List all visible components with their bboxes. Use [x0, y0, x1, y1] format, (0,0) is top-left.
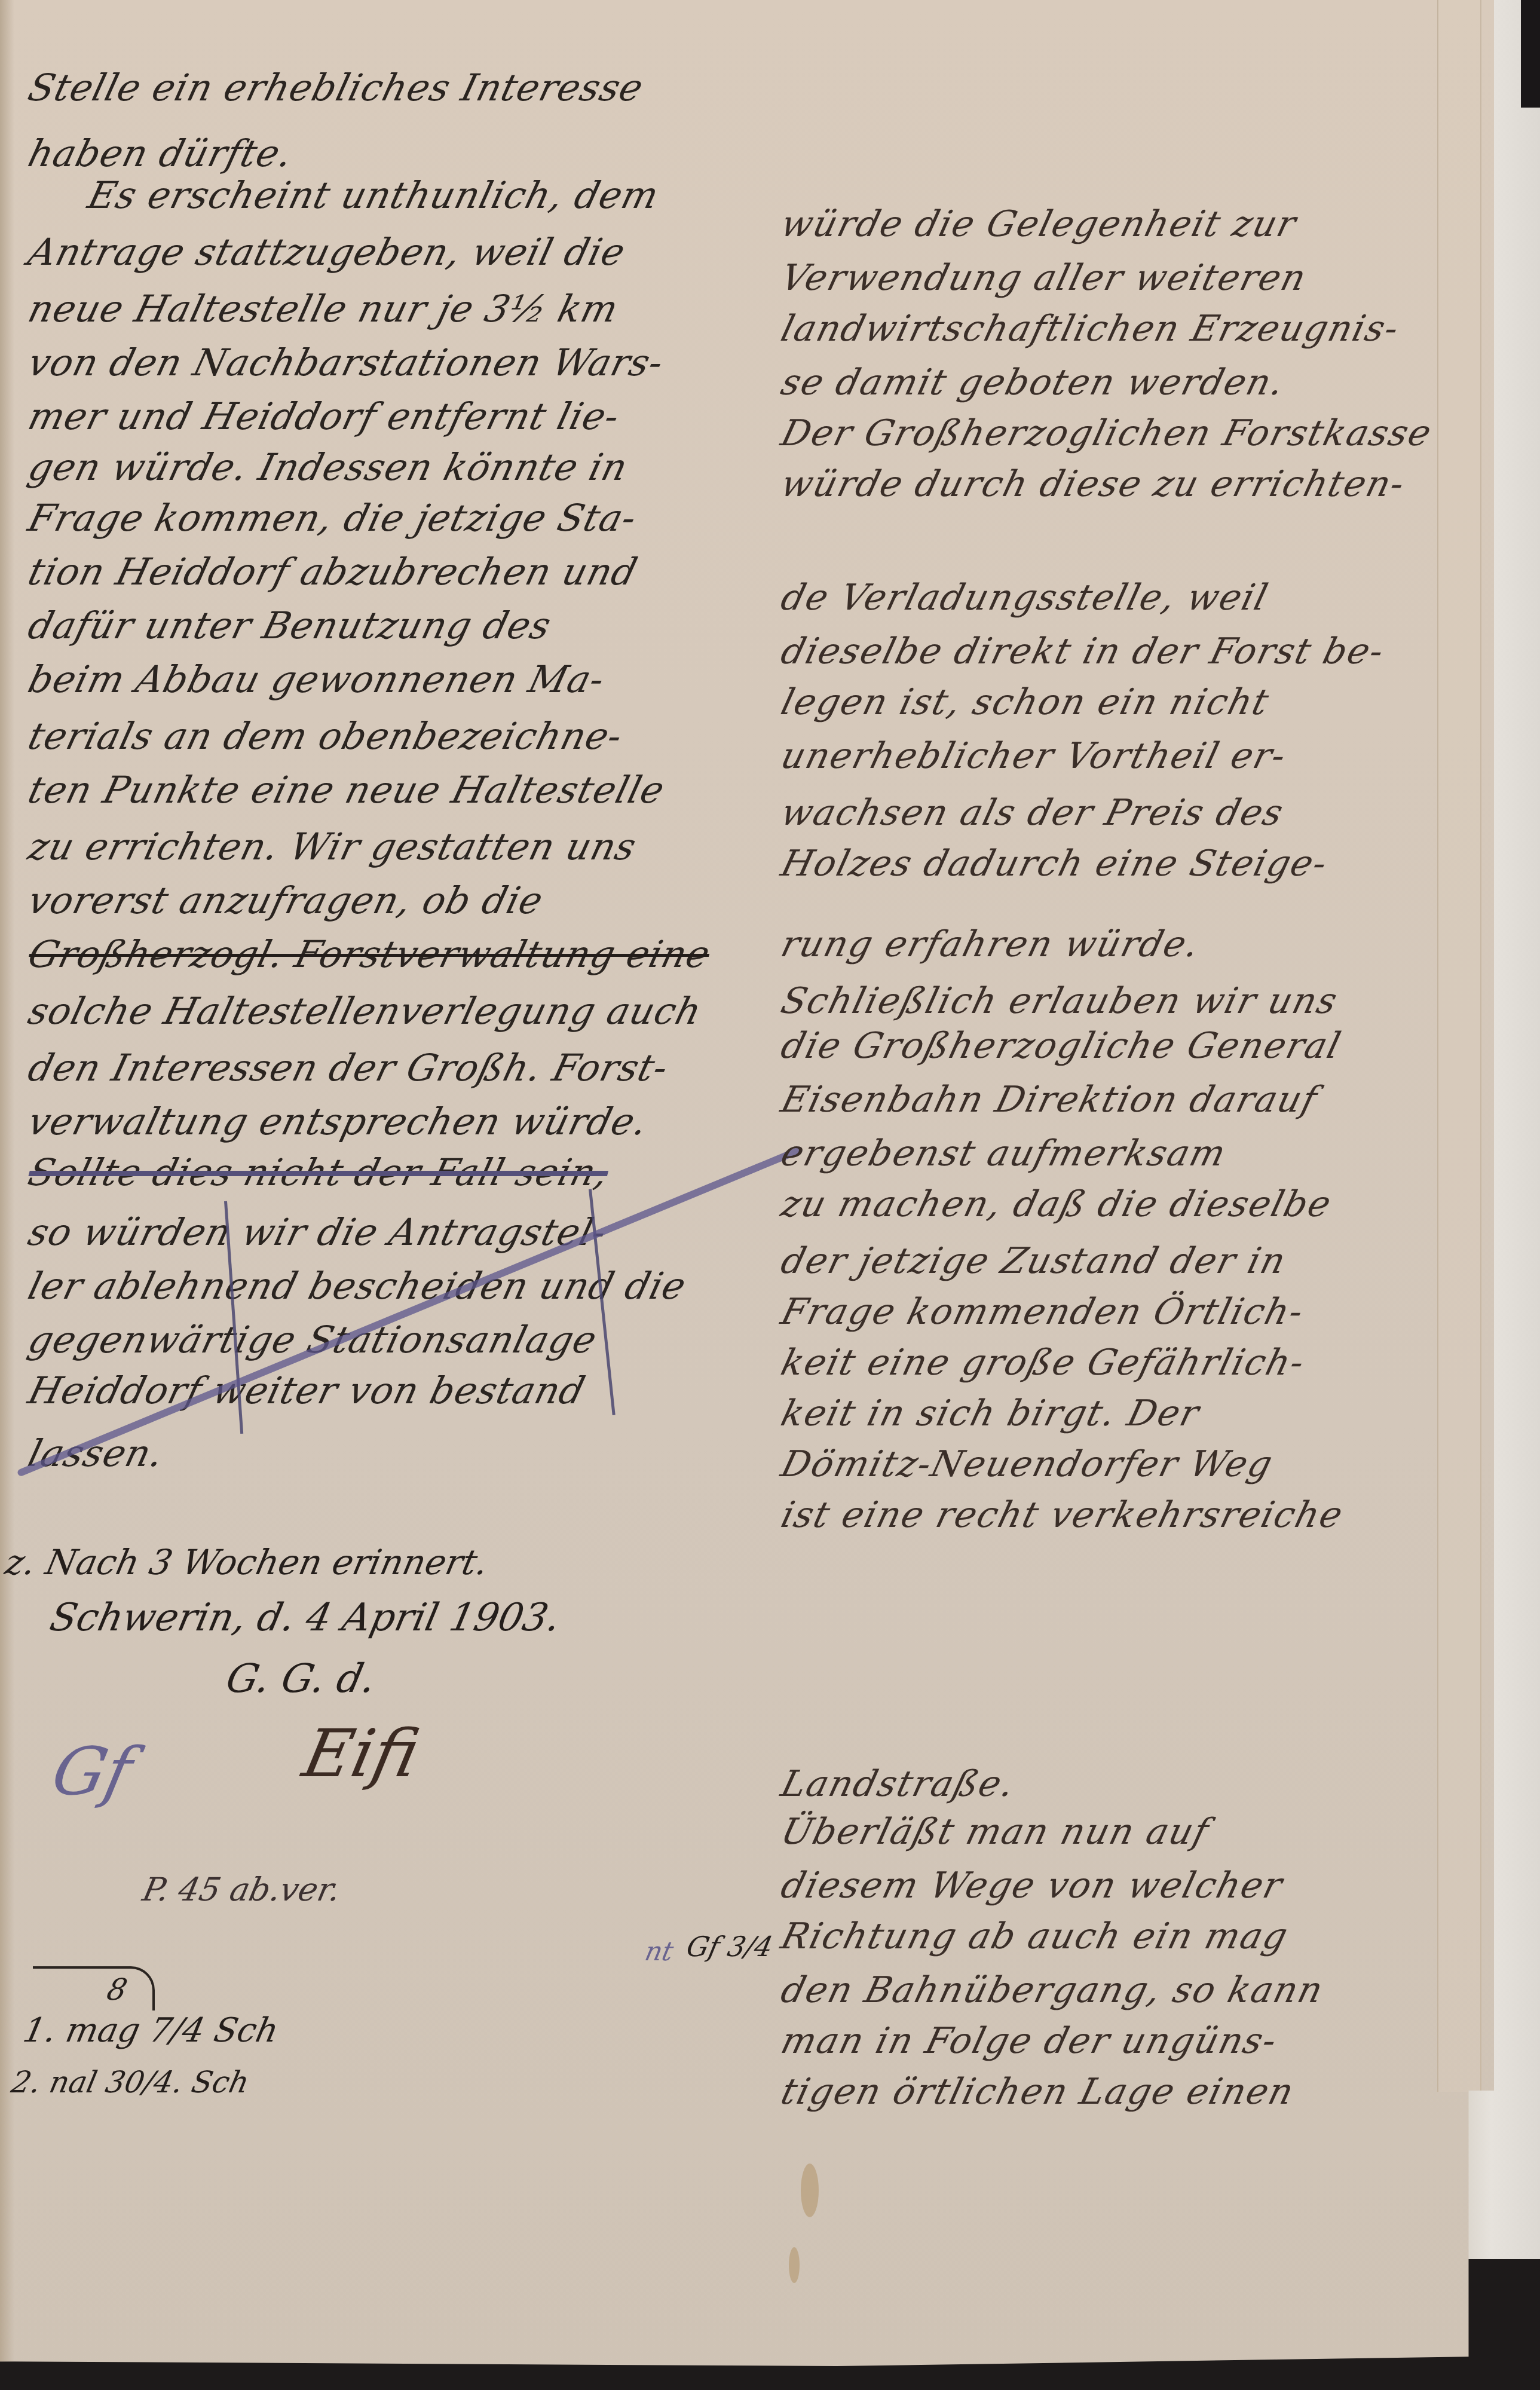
text-line: man in Folge der ungüns-: [777, 2020, 1282, 2062]
text-line: neue Haltestelle nur je 3½ km: [24, 287, 623, 331]
text-line: wachsen als der Preis des: [777, 792, 1288, 834]
text-line: würde die Gelegenheit zur: [777, 203, 1301, 245]
text-line: tion Heiddorf abzubrechen und: [24, 550, 642, 593]
text-line: Frage kommenden Örtlich-: [777, 1291, 1308, 1333]
reminder-note: z. Nach 3 Wochen erinnert.: [2, 1542, 492, 1583]
text-line: Der Großherzoglichen Forstkasse: [777, 412, 1437, 454]
text-line: Eisenbahn Direktion darauf: [777, 1079, 1322, 1121]
text-line: mer und Heiddorf entfernt lie-: [24, 394, 624, 438]
text-line: Verwendung aller weiteren: [777, 257, 1311, 299]
document-page: Stelle ein erhebliches Interesse haben d…: [0, 0, 1494, 2376]
bracket-mark: [33, 1966, 155, 2010]
note-first: 1. mag 7/4 Sch: [20, 2011, 282, 2050]
struck-text-line: Sollte dies nicht der Fall sein,: [24, 1150, 614, 1194]
text-line: der jetzige Zustand der in: [777, 1240, 1291, 1282]
text-line: keit eine große Gefährlich-: [777, 1342, 1309, 1384]
text-line: von den Nachbarstationen Wars-: [24, 341, 668, 384]
blue-initials: Gf: [45, 1733, 139, 1810]
text-line: keit in sich birgt. Der: [777, 1393, 1204, 1434]
reference-note: P. 45 ab.ver.: [139, 1871, 344, 1908]
text-line: dafür unter Benutzung des: [24, 604, 556, 647]
text-line: die Großherzogliche General: [777, 1025, 1346, 1067]
text-line: Schließlich erlauben wir uns: [777, 980, 1342, 1022]
text-line: beim Abbau gewonnenen Ma-: [24, 657, 610, 701]
page-fold-edge: [1437, 0, 1481, 2092]
text-line: se damit geboten werden.: [777, 362, 1289, 403]
place-date: Schwerin, d. 4 April 1903.: [46, 1596, 564, 1640]
text-line: würde durch diese zu errichten-: [777, 463, 1410, 505]
ink-stain: [789, 2247, 800, 2283]
text-line: gen würde. Indessen könnte in: [24, 445, 632, 489]
text-line: terials an dem obenbezeichne-: [24, 714, 627, 758]
text-line: Frage kommen, die jetzige Sta-: [24, 496, 641, 540]
text-line: landwirtschaftlichen Erzeugnis-: [777, 308, 1404, 350]
authority-signature: G. G. d.: [222, 1655, 380, 1702]
text-line: Richtung ab auch ein mag: [777, 1915, 1293, 1957]
spine-shadow: [0, 0, 14, 2376]
text-line: Stelle ein erhebliches Interesse: [24, 66, 648, 109]
text-line: ten Punkte eine neue Haltestelle: [24, 768, 669, 812]
text-line: haben dürfte.: [24, 131, 298, 175]
text-line: solche Haltestellenverlegung auch: [24, 989, 706, 1033]
text-line: zu machen, daß die dieselbe: [777, 1183, 1336, 1225]
text-line: Holzes dadurch eine Steige-: [777, 843, 1332, 885]
text-line: Dömitz-Neuendorfer Weg: [777, 1443, 1278, 1485]
text-line: verwaltung entsprechen würde.: [24, 1100, 653, 1143]
text-line: zu errichten. Wir gestatten uns: [24, 825, 641, 868]
text-line: Es erscheint unthunlich, dem: [84, 173, 663, 217]
text-line: diesem Wege von welcher: [777, 1865, 1287, 1907]
text-line: legen ist, schon ein nicht: [777, 681, 1273, 723]
text-line: Landstraße.: [777, 1763, 1019, 1805]
text-line: unerheblicher Vortheil er-: [777, 735, 1291, 777]
text-line: den Interessen der Großh. Forst-: [24, 1046, 673, 1090]
text-line: ist eine recht verkehrsreiche: [777, 1494, 1348, 1536]
fraction-mark: Gf 3/4: [684, 1930, 776, 1963]
ink-stain: [801, 2163, 819, 2217]
pencil-diagonal-strike: [17, 1146, 804, 1477]
blue-marginal-note: nt: [642, 1936, 676, 1967]
struck-text-line: Großherzogl. Forstverwaltung eine: [24, 932, 715, 976]
background-shadow: [1521, 0, 1540, 108]
text-line: rung erfahren würde.: [777, 923, 1204, 965]
note-second: 2. nal 30/4. Sch: [8, 2065, 252, 2100]
text-line: de Verladungsstelle, weil: [777, 577, 1273, 619]
text-line: so würden wir die Antragstel-: [24, 1210, 611, 1254]
text-line: Antrage stattzugeben, weil die: [24, 230, 630, 274]
ink-signature: Eifi: [296, 1715, 425, 1792]
text-line: dieselbe direkt in der Forst be-: [777, 631, 1389, 672]
text-line: ergebenst aufmerksam: [777, 1133, 1231, 1174]
text-line: vorerst anzufragen, ob die: [24, 879, 548, 922]
text-line: Heiddorf weiter von bestand: [24, 1369, 590, 1412]
text-line: den Bahnübergang, so kann: [777, 1969, 1328, 2011]
text-line: ler ablehnend bescheiden und die: [24, 1264, 691, 1308]
text-line: tigen örtlichen Lage einen: [777, 2071, 1299, 2113]
text-line: Überläßt man nun auf: [777, 1811, 1214, 1853]
